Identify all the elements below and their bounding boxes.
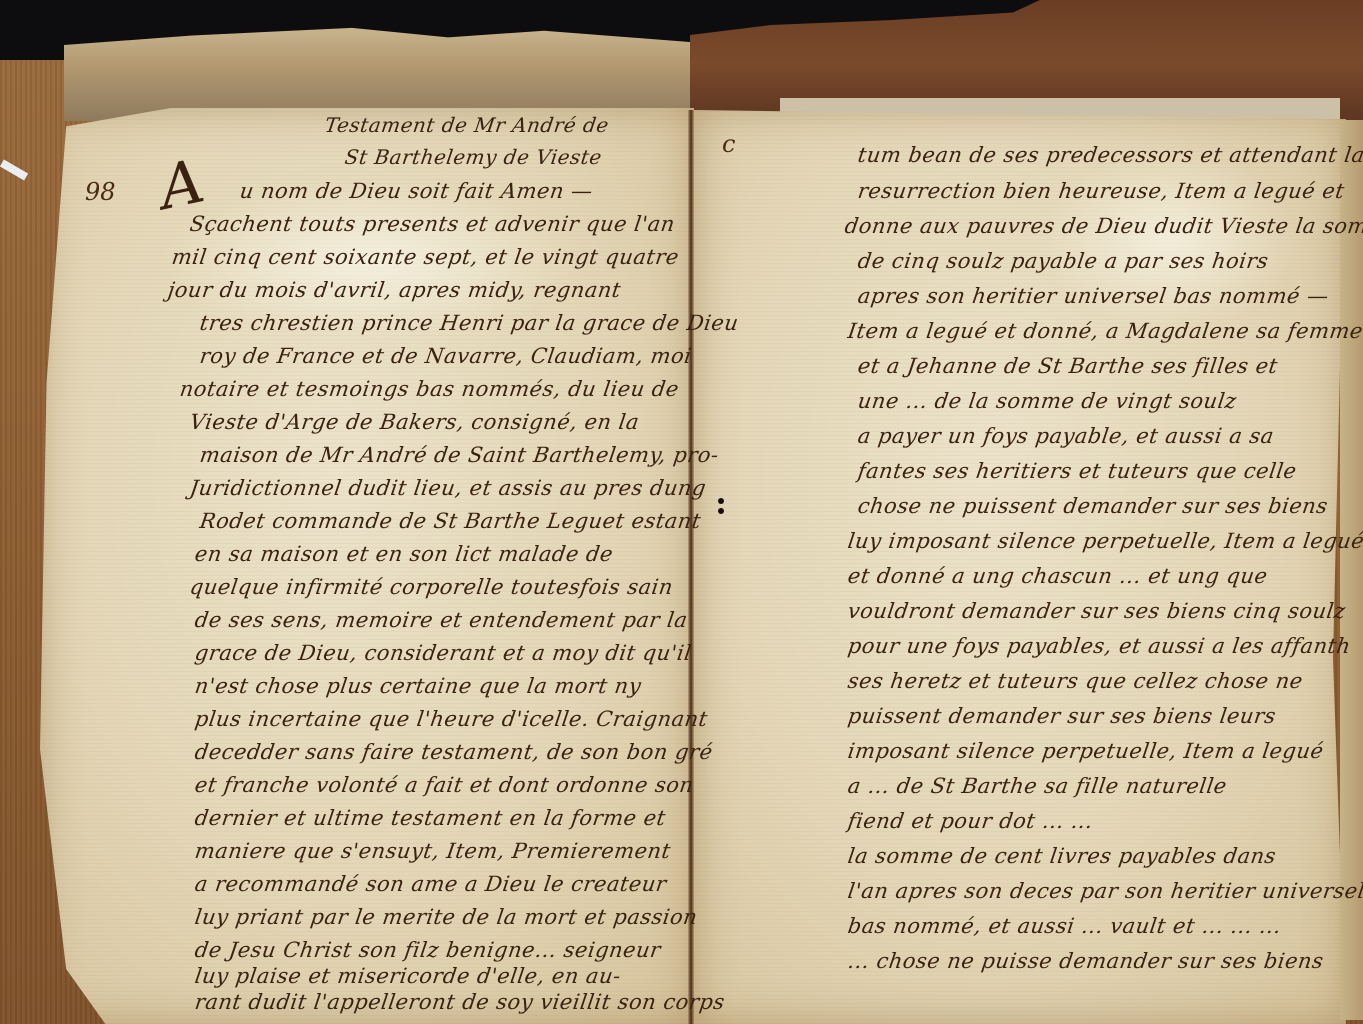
manuscript-line: chose ne puissent demander sur ses biens — [856, 493, 1329, 519]
manuscript-line: dernier et ultime testament en la forme … — [193, 805, 667, 831]
testament-heading-1: Testament de Mr André de — [323, 112, 610, 138]
manuscript-line: rant dudit l'appelleront de soy vieillit… — [193, 989, 726, 1015]
manuscript-line: Juridictionnel dudit lieu, et assis au p… — [188, 475, 708, 501]
manuscript-line: Vieste d'Arge de Bakers, consigné, en la — [188, 409, 641, 435]
manuscript-line: fiend et pour dot ... ... — [846, 808, 1095, 834]
manuscript-line: donne aux pauvres de Dieu dudit Vieste l… — [843, 213, 1363, 239]
manuscript-line: plus incertaine que l'heure d'icelle. Cr… — [193, 706, 709, 732]
manuscript-line: notaire et tesmoings bas nommés, du lieu… — [178, 376, 681, 402]
manuscript-line: de Jesu Christ son filz benigne... seign… — [193, 937, 662, 963]
manuscript-line: Sçachent touts presents et advenir que l… — [188, 211, 677, 237]
manuscript-line: maniere que s'ensuyt, Item, Premierement — [193, 838, 672, 864]
manuscript-line: imposant silence perpetuelle, Item a leg… — [846, 738, 1325, 764]
manuscript-line: jour du mois d'avril, apres midy, regnan… — [166, 277, 623, 303]
testament-heading-2: St Barthelemy de Vieste — [343, 144, 603, 170]
manuscript-line: tum bean de ses predecessors et attendan… — [856, 142, 1363, 168]
manuscript-line: resurrection bien heureuse, Item a legué… — [856, 178, 1346, 204]
manuscript-line: maison de Mr André de Saint Barthelemy, … — [198, 442, 720, 468]
folio-mark-right: c — [722, 130, 735, 158]
manuscript-line: Item a legué et donné, a Magdalene sa fe… — [846, 318, 1363, 344]
manuscript-line: luy plaise et misericorde d'elle, en au- — [193, 963, 622, 989]
manuscript-line: ... chose ne puisse demander sur ses bie… — [846, 948, 1325, 974]
manuscript-line: de cinq soulz payable a par ses hoirs — [856, 248, 1270, 274]
manuscript-line: la somme de cent livres payables dans — [846, 843, 1278, 869]
manuscript-line: et franche volonté a fait et dont ordonn… — [193, 772, 695, 798]
manuscript-line: luy imposant silence perpetuelle, Item a… — [846, 528, 1363, 554]
manuscript-line: Rodet commande de St Barthe Leguet estan… — [198, 508, 703, 534]
manuscript-line: a payer un foys payable, et aussi a sa — [856, 423, 1276, 449]
manuscript-line: luy priant par le merite de la mort et p… — [193, 904, 699, 930]
manuscript-line: pour une foys payables, et aussi a les a… — [846, 633, 1352, 659]
manuscript-line: decedder sans faire testament, de son bo… — [193, 739, 714, 765]
manuscript-line: n'est chose plus certaine que la mort ny — [193, 673, 643, 699]
book-gutter — [688, 110, 694, 1024]
manuscript-line: roy de France et de Navarre, Claudiam, m… — [198, 343, 693, 369]
manuscript-line: a recommandé son ame a Dieu le createur — [193, 871, 668, 897]
manuscript-line: une ... de la somme de vingt soulz — [856, 388, 1238, 414]
manuscript-line: ses heretz et tuteurs que cellez chose n… — [846, 668, 1304, 694]
manuscript-line: bas nommé, et aussi ... vault et ... ...… — [846, 913, 1283, 939]
manuscript-line: a ... de St Barthe sa fille naturelle — [846, 773, 1228, 799]
manuscript-photo: 98 Testament de Mr André de St Barthelem… — [0, 0, 1363, 1024]
manuscript-line: apres son heritier universel bas nommé — — [856, 283, 1330, 309]
manuscript-line: l'an apres son deces par son heritier un… — [846, 878, 1363, 904]
manuscript-line: mil cinq cent soixante sept, et le vingt… — [170, 244, 681, 270]
manuscript-line: grace de Dieu, considerant et a moy dit … — [193, 640, 693, 666]
manuscript-line: et a Jehanne de St Barthe ses filles et — [856, 353, 1279, 379]
parchment-binding-left — [64, 26, 704, 121]
manuscript-line: fantes ses heritiers et tuteurs que cell… — [856, 458, 1298, 484]
manuscript-line: vouldront demander sur ses biens cinq so… — [846, 598, 1347, 624]
manuscript-line: quelque infirmité corporelle toutesfois … — [188, 574, 675, 600]
manuscript-line: et donné a ung chascun ... et ung que — [846, 563, 1269, 589]
ink-dots — [718, 498, 724, 518]
manuscript-line: de ses sens, memoire et entendement par … — [193, 607, 689, 633]
manuscript-line: u nom de Dieu soit fait Amen — — [238, 178, 594, 204]
manuscript-line: tres chrestien prince Henri par la grace… — [198, 310, 740, 336]
manuscript-line: en sa maison et en son lict malade de — [193, 541, 615, 567]
manuscript-line: puissent demander sur ses biens leurs — [846, 703, 1278, 729]
folio-number-left: 98 — [85, 178, 116, 206]
